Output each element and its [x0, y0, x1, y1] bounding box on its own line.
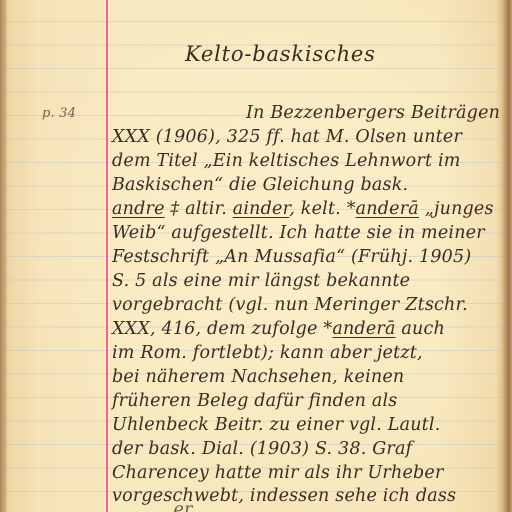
text-fragment: ‡ altir.: [165, 199, 233, 219]
text-line-1: In Bezzenbergers Beiträgen: [246, 103, 498, 123]
text-fragment: , kelt. *: [289, 199, 355, 219]
text-line-4: Baskischen“ die Gleichung bask.: [112, 175, 498, 195]
text-line-partial-cutoff: … er …: [150, 500, 216, 512]
word-ainder: ainder: [233, 199, 290, 219]
word-andre: andre: [112, 199, 165, 219]
text-line-13: früheren Beleg dafür finden als: [112, 391, 498, 411]
text-line-12: bei näherem Nachsehen, keinen: [112, 367, 498, 387]
page-edge-left: [0, 0, 7, 512]
text-line-16: Charencey hatte mir als ihr Urheber: [112, 463, 498, 483]
text-line-10: XXX, 416, dem zufolge *anderā auch: [112, 319, 498, 339]
red-margin-line: [106, 0, 108, 512]
text-line-3: dem Titel „Ein keltisches Lehnwort im: [112, 151, 498, 171]
text-line-6: Weib“ aufgestellt. Ich hatte sie in mein…: [112, 223, 498, 243]
text-line-2: XXX (1906), 325 ff. hat M. Olsen unter: [112, 127, 498, 147]
text-line-11: im Rom. fortlebt); kann aber jetzt,: [112, 343, 498, 363]
manuscript-page: Kelto-baskisches p. 34 In Bezzenbergers …: [0, 0, 512, 512]
word-andera: anderā: [356, 199, 419, 219]
book-gutter-right: [502, 0, 512, 512]
text-line-15: der bask. Dial. (1903) S. 38. Graf: [112, 439, 498, 459]
text-line-5: andre ‡ altir. ainder, kelt. *anderā „ju…: [112, 199, 498, 219]
page-title: Kelto-baskisches: [185, 42, 376, 66]
word-andera: anderā: [332, 319, 395, 339]
text-fragment: XXX, 416, dem zufolge *: [112, 319, 332, 339]
text-line-9: vorgebracht (vgl. nun Meringer Ztschr.: [112, 295, 498, 315]
text-fragment: auch: [396, 319, 445, 339]
text-line-7: Festschrift „An Mussafia“ (Frühj. 1905): [112, 247, 498, 267]
text-line-8: S. 5 als eine mir längst bekannte: [112, 271, 498, 291]
text-fragment: „junges: [419, 199, 494, 219]
marginal-page-reference: p. 34: [42, 106, 76, 121]
text-line-14: Uhlenbeck Beitr. zu einer vgl. Lautl.: [112, 415, 498, 435]
